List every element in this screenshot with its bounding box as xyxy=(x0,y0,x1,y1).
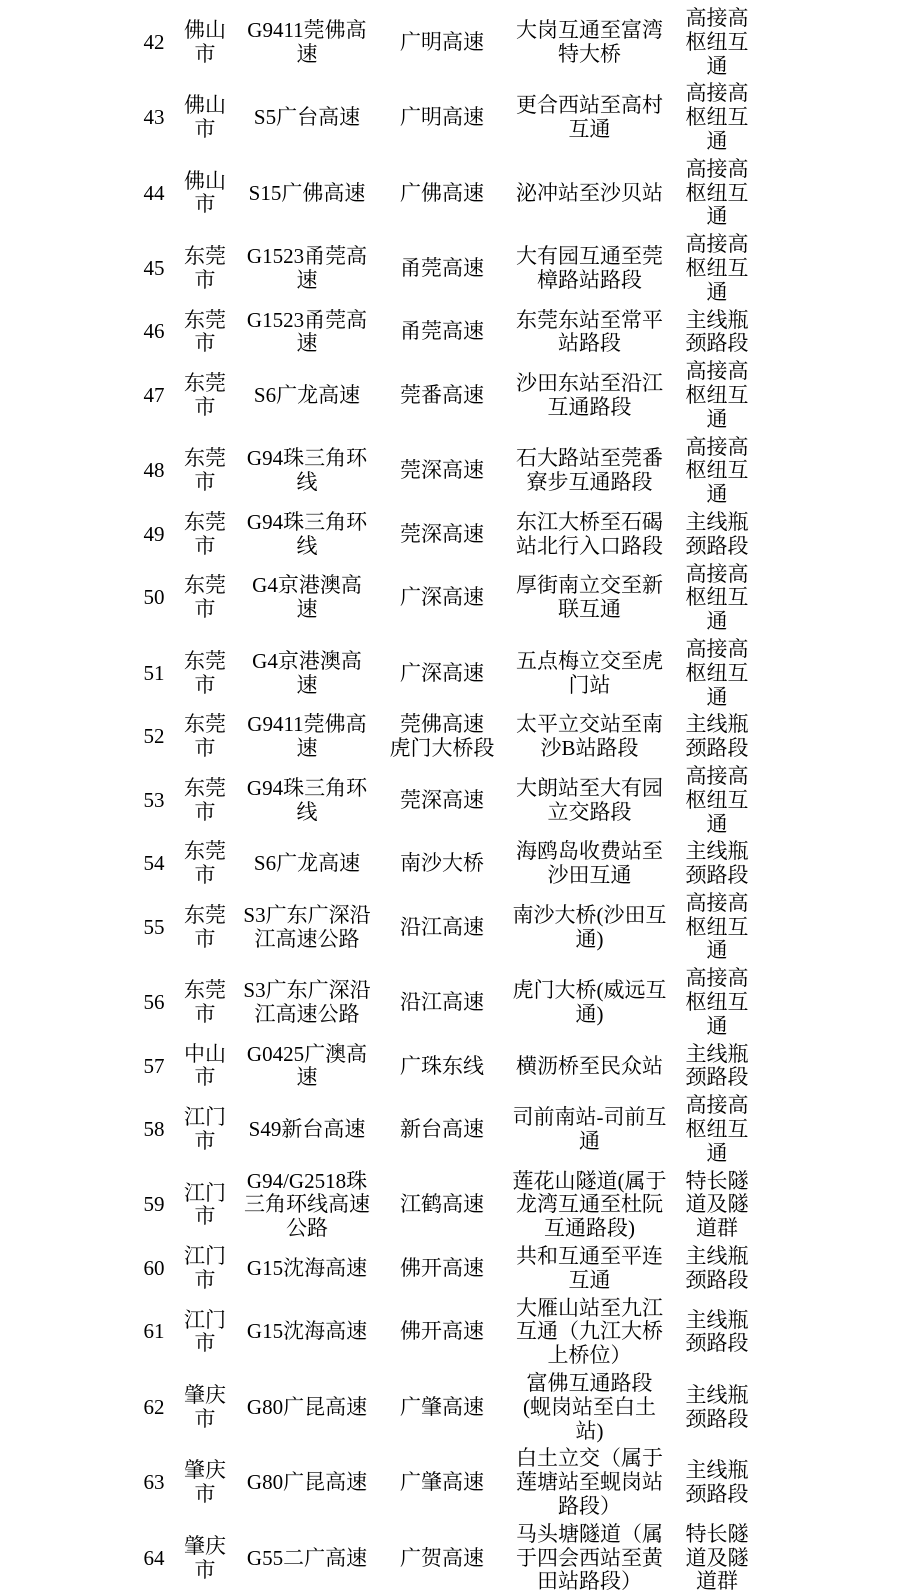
road-name-cell: 广肇高速 xyxy=(382,1471,502,1495)
road-code-cell: G80广昆高速 xyxy=(232,1471,382,1495)
row-number-cell: 54 xyxy=(130,852,178,876)
road-code-cell: S6广龙高速 xyxy=(232,384,382,408)
congestion-type-cell: 特长隧 道及隧 道群 xyxy=(677,1523,757,1594)
road-segment-cell: 大朗站至大有园 立交路段 xyxy=(502,777,677,825)
road-segment-cell: 五点梅立交至虎 门站 xyxy=(502,650,677,698)
congestion-type-cell: 主线瓶 颈路段 xyxy=(677,309,757,357)
table-row: 46 东莞 市 G1523甬莞高 速 甬莞高速 东莞东站至常平 站路段 主线瓶 … xyxy=(130,307,900,359)
city-cell: 东莞 市 xyxy=(178,840,232,888)
city-cell: 肇庆 市 xyxy=(178,1535,232,1583)
road-name-cell: 广深高速 xyxy=(382,662,502,686)
city-cell: 江门 市 xyxy=(178,1106,232,1154)
road-code-cell: G55二广高速 xyxy=(232,1547,382,1571)
road-name-cell: 广明高速 xyxy=(382,106,502,130)
road-segment-cell: 虎门大桥(威远互 通) xyxy=(502,979,677,1027)
city-cell: 东莞 市 xyxy=(178,511,232,559)
row-number-cell: 55 xyxy=(130,916,178,940)
city-cell: 佛山 市 xyxy=(178,170,232,218)
road-code-cell: G15沈海高速 xyxy=(232,1257,382,1281)
road-name-cell: 广珠东线 xyxy=(382,1055,502,1079)
row-number-cell: 45 xyxy=(130,257,178,281)
road-code-cell: G94珠三角环 线 xyxy=(232,447,382,495)
road-code-cell: G94/G2518珠 三角环线高速 公路 xyxy=(232,1170,382,1241)
row-number-cell: 57 xyxy=(130,1055,178,1079)
road-code-cell: G1523甬莞高 速 xyxy=(232,309,382,357)
congestion-type-cell: 主线瓶 颈路段 xyxy=(677,1309,757,1357)
row-number-cell: 50 xyxy=(130,586,178,610)
road-segment-cell: 太平立交站至南 沙B站路段 xyxy=(502,713,677,761)
table-row: 45 东莞 市 G1523甬莞高 速 甬莞高速 大有园互通至莞 樟路站路段 高接… xyxy=(130,231,900,306)
road-code-cell: G9411莞佛高 速 xyxy=(232,713,382,761)
road-name-cell: 新台高速 xyxy=(382,1118,502,1142)
road-segment-cell: 莲花山隧道(属于 龙湾互通至杜阮 互通路段) xyxy=(502,1170,677,1241)
row-number-cell: 47 xyxy=(130,384,178,408)
table-row: 60 江门 市 G15沈海高速 佛开高速 共和互通至平连 互通 主线瓶 颈路段 xyxy=(130,1243,900,1295)
road-name-cell: 广贺高速 xyxy=(382,1547,502,1571)
city-cell: 东莞 市 xyxy=(178,650,232,698)
row-number-cell: 43 xyxy=(130,106,178,130)
road-name-cell: 沿江高速 xyxy=(382,916,502,940)
congestion-type-cell: 高接高 枢纽互 通 xyxy=(677,638,757,709)
road-code-cell: G15沈海高速 xyxy=(232,1320,382,1344)
table-row: 42 佛山 市 G9411莞佛高 速 广明高速 大岗互通至富湾 特大桥 高接高 … xyxy=(130,5,900,80)
congestion-type-cell: 主线瓶 颈路段 xyxy=(677,713,757,761)
road-segment-cell: 马头塘隧道（属 于四会西站至黄 田站路段） xyxy=(502,1523,677,1594)
row-number-cell: 52 xyxy=(130,725,178,749)
road-segment-cell: 更合西站至高村 互通 xyxy=(502,94,677,142)
table-row: 55 东莞 市 S3广东广深沿 江高速公路 沿江高速 南沙大桥(沙田互 通) 高… xyxy=(130,890,900,965)
table-row: 49 东莞 市 G94珠三角环 线 莞深高速 东江大桥至石碣 站北行入口路段 主… xyxy=(130,509,900,561)
road-code-cell: S6广龙高速 xyxy=(232,852,382,876)
road-segment-cell: 大有园互通至莞 樟路站路段 xyxy=(502,245,677,293)
road-code-cell: S3广东广深沿 江高速公路 xyxy=(232,904,382,952)
congestion-type-cell: 高接高 枢纽互 通 xyxy=(677,436,757,507)
road-name-cell: 佛开高速 xyxy=(382,1257,502,1281)
road-segment-cell: 厚街南立交至新 联互通 xyxy=(502,574,677,622)
congestion-type-cell: 特长隧 道及隧 道群 xyxy=(677,1170,757,1241)
road-code-cell: G1523甬莞高 速 xyxy=(232,245,382,293)
row-number-cell: 56 xyxy=(130,991,178,1015)
city-cell: 东莞 市 xyxy=(178,777,232,825)
table-row: 44 佛山 市 S15广佛高速 广佛高速 泌冲站至沙贝站 高接高 枢纽互 通 xyxy=(130,156,900,231)
congestion-type-cell: 高接高 枢纽互 通 xyxy=(677,7,757,78)
row-number-cell: 46 xyxy=(130,320,178,344)
city-cell: 东莞 市 xyxy=(178,713,232,761)
row-number-cell: 61 xyxy=(130,1320,178,1344)
city-cell: 东莞 市 xyxy=(178,245,232,293)
city-cell: 江门 市 xyxy=(178,1182,232,1230)
row-number-cell: 58 xyxy=(130,1118,178,1142)
road-name-cell: 莞番高速 xyxy=(382,384,502,408)
congestion-type-cell: 高接高 枢纽互 通 xyxy=(677,360,757,431)
row-number-cell: 64 xyxy=(130,1547,178,1571)
table-row: 50 东莞 市 G4京港澳高 速 广深高速 厚街南立交至新 联互通 高接高 枢纽… xyxy=(130,561,900,636)
road-name-cell: 莞佛高速 虎门大桥段 xyxy=(382,713,502,761)
city-cell: 东莞 市 xyxy=(178,904,232,952)
city-cell: 江门 市 xyxy=(178,1309,232,1357)
table-row: 58 江门 市 S49新台高速 新台高速 司前南站-司前互 通 高接高 枢纽互 … xyxy=(130,1092,900,1167)
table-row: 52 东莞 市 G9411莞佛高 速 莞佛高速 虎门大桥段 太平立交站至南 沙B… xyxy=(130,711,900,763)
city-cell: 中山 市 xyxy=(178,1043,232,1091)
road-segment-cell: 大岗互通至富湾 特大桥 xyxy=(502,19,677,67)
road-name-cell: 广肇高速 xyxy=(382,1396,502,1420)
road-segment-cell: 横沥桥至民众站 xyxy=(502,1055,677,1079)
city-cell: 佛山 市 xyxy=(178,19,232,67)
congestion-type-cell: 高接高 枢纽互 通 xyxy=(677,765,757,836)
row-number-cell: 42 xyxy=(130,31,178,55)
table-row: 47 东莞 市 S6广龙高速 莞番高速 沙田东站至沿江 互通路段 高接高 枢纽互… xyxy=(130,358,900,433)
road-segment-cell: 大雁山站至九江 互通（九江大桥 上桥位） xyxy=(502,1297,677,1368)
congestion-type-cell: 高接高 枢纽互 通 xyxy=(677,967,757,1038)
city-cell: 东莞 市 xyxy=(178,309,232,357)
road-name-cell: 甬莞高速 xyxy=(382,257,502,281)
congestion-type-cell: 高接高 枢纽互 通 xyxy=(677,1094,757,1165)
road-code-cell: S5广台高速 xyxy=(232,106,382,130)
road-name-cell: 南沙大桥 xyxy=(382,852,502,876)
row-number-cell: 48 xyxy=(130,459,178,483)
congestion-type-cell: 高接高 枢纽互 通 xyxy=(677,82,757,153)
table-row: 63 肇庆 市 G80广昆高速 广肇高速 白土立交（属于 莲塘站至蚬岗站 路段）… xyxy=(130,1445,900,1520)
road-name-cell: 莞深高速 xyxy=(382,523,502,547)
road-name-cell: 佛开高速 xyxy=(382,1320,502,1344)
table-row: 64 肇庆 市 G55二广高速 广贺高速 马头塘隧道（属 于四会西站至黄 田站路… xyxy=(130,1521,900,1595)
road-code-cell: G4京港澳高 速 xyxy=(232,574,382,622)
table-row: 53 东莞 市 G94珠三角环 线 莞深高速 大朗站至大有园 立交路段 高接高 … xyxy=(130,763,900,838)
road-segment-cell: 东江大桥至石碣 站北行入口路段 xyxy=(502,511,677,559)
road-name-cell: 莞深高速 xyxy=(382,459,502,483)
road-segment-cell: 石大路站至莞番 寮步互通路段 xyxy=(502,447,677,495)
road-name-cell: 沿江高速 xyxy=(382,991,502,1015)
road-code-cell: S15广佛高速 xyxy=(232,182,382,206)
congestion-type-cell: 高接高 枢纽互 通 xyxy=(677,233,757,304)
table-row: 57 中山 市 G0425广澳高 速 广珠东线 横沥桥至民众站 主线瓶 颈路段 xyxy=(130,1041,900,1093)
row-number-cell: 53 xyxy=(130,789,178,813)
road-code-cell: G94珠三角环 线 xyxy=(232,777,382,825)
road-segment-cell: 司前南站-司前互 通 xyxy=(502,1106,677,1154)
road-name-cell: 江鹤高速 xyxy=(382,1193,502,1217)
city-cell: 肇庆 市 xyxy=(178,1459,232,1507)
congestion-type-cell: 主线瓶 颈路段 xyxy=(677,511,757,559)
road-segment-cell: 南沙大桥(沙田互 通) xyxy=(502,904,677,952)
city-cell: 江门 市 xyxy=(178,1245,232,1293)
table-row: 43 佛山 市 S5广台高速 广明高速 更合西站至高村 互通 高接高 枢纽互 通 xyxy=(130,80,900,155)
congestion-type-cell: 主线瓶 颈路段 xyxy=(677,840,757,888)
road-name-cell: 广明高速 xyxy=(382,31,502,55)
road-segment-cell: 东莞东站至常平 站路段 xyxy=(502,309,677,357)
table-row: 59 江门 市 G94/G2518珠 三角环线高速 公路 江鹤高速 莲花山隧道(… xyxy=(130,1168,900,1243)
row-number-cell: 49 xyxy=(130,523,178,547)
road-code-cell: S49新台高速 xyxy=(232,1118,382,1142)
row-number-cell: 51 xyxy=(130,662,178,686)
road-name-cell: 广深高速 xyxy=(382,586,502,610)
city-cell: 肇庆 市 xyxy=(178,1384,232,1432)
congestion-type-cell: 主线瓶 颈路段 xyxy=(677,1384,757,1432)
road-name-cell: 甬莞高速 xyxy=(382,320,502,344)
road-code-cell: G80广昆高速 xyxy=(232,1396,382,1420)
row-number-cell: 63 xyxy=(130,1471,178,1495)
row-number-cell: 44 xyxy=(130,182,178,206)
road-name-cell: 广佛高速 xyxy=(382,182,502,206)
city-cell: 东莞 市 xyxy=(178,447,232,495)
row-number-cell: 59 xyxy=(130,1193,178,1217)
road-segment-cell: 白土立交（属于 莲塘站至蚬岗站 路段） xyxy=(502,1447,677,1518)
congestion-type-cell: 高接高 枢纽互 通 xyxy=(677,158,757,229)
road-segment-cell: 共和互通至平连 互通 xyxy=(502,1245,677,1293)
congestion-type-cell: 高接高 枢纽互 通 xyxy=(677,892,757,963)
road-segment-cell: 海鸥岛收费站至 沙田互通 xyxy=(502,840,677,888)
table-row: 62 肇庆 市 G80广昆高速 广肇高速 富佛互通路段 (蚬岗站至白土 站) 主… xyxy=(130,1370,900,1445)
table-row: 61 江门 市 G15沈海高速 佛开高速 大雁山站至九江 互通（九江大桥 上桥位… xyxy=(130,1295,900,1370)
row-number-cell: 60 xyxy=(130,1257,178,1281)
road-code-cell: G94珠三角环 线 xyxy=(232,511,382,559)
city-cell: 佛山 市 xyxy=(178,94,232,142)
row-number-cell: 62 xyxy=(130,1396,178,1420)
road-code-cell: G0425广澳高 速 xyxy=(232,1043,382,1091)
road-code-cell: G9411莞佛高 速 xyxy=(232,19,382,67)
table-row: 48 东莞 市 G94珠三角环 线 莞深高速 石大路站至莞番 寮步互通路段 高接… xyxy=(130,434,900,509)
city-cell: 东莞 市 xyxy=(178,574,232,622)
table-row: 54 东莞 市 S6广龙高速 南沙大桥 海鸥岛收费站至 沙田互通 主线瓶 颈路段 xyxy=(130,838,900,890)
road-segment-cell: 富佛互通路段 (蚬岗站至白土 站) xyxy=(502,1372,677,1443)
congestion-type-cell: 主线瓶 颈路段 xyxy=(677,1043,757,1091)
table-row: 56 东莞 市 S3广东广深沿 江高速公路 沿江高速 虎门大桥(威远互 通) 高… xyxy=(130,965,900,1040)
road-name-cell: 莞深高速 xyxy=(382,789,502,813)
city-cell: 东莞 市 xyxy=(178,372,232,420)
congestion-type-cell: 主线瓶 颈路段 xyxy=(677,1459,757,1507)
road-code-cell: G4京港澳高 速 xyxy=(232,650,382,698)
road-segment-cell: 泌冲站至沙贝站 xyxy=(502,182,677,206)
highway-congestion-table: 42 佛山 市 G9411莞佛高 速 广明高速 大岗互通至富湾 特大桥 高接高 … xyxy=(0,0,900,1595)
road-segment-cell: 沙田东站至沿江 互通路段 xyxy=(502,372,677,420)
city-cell: 东莞 市 xyxy=(178,979,232,1027)
road-code-cell: S3广东广深沿 江高速公路 xyxy=(232,979,382,1027)
congestion-type-cell: 主线瓶 颈路段 xyxy=(677,1245,757,1293)
table-row: 51 东莞 市 G4京港澳高 速 广深高速 五点梅立交至虎 门站 高接高 枢纽互… xyxy=(130,636,900,711)
congestion-type-cell: 高接高 枢纽互 通 xyxy=(677,563,757,634)
